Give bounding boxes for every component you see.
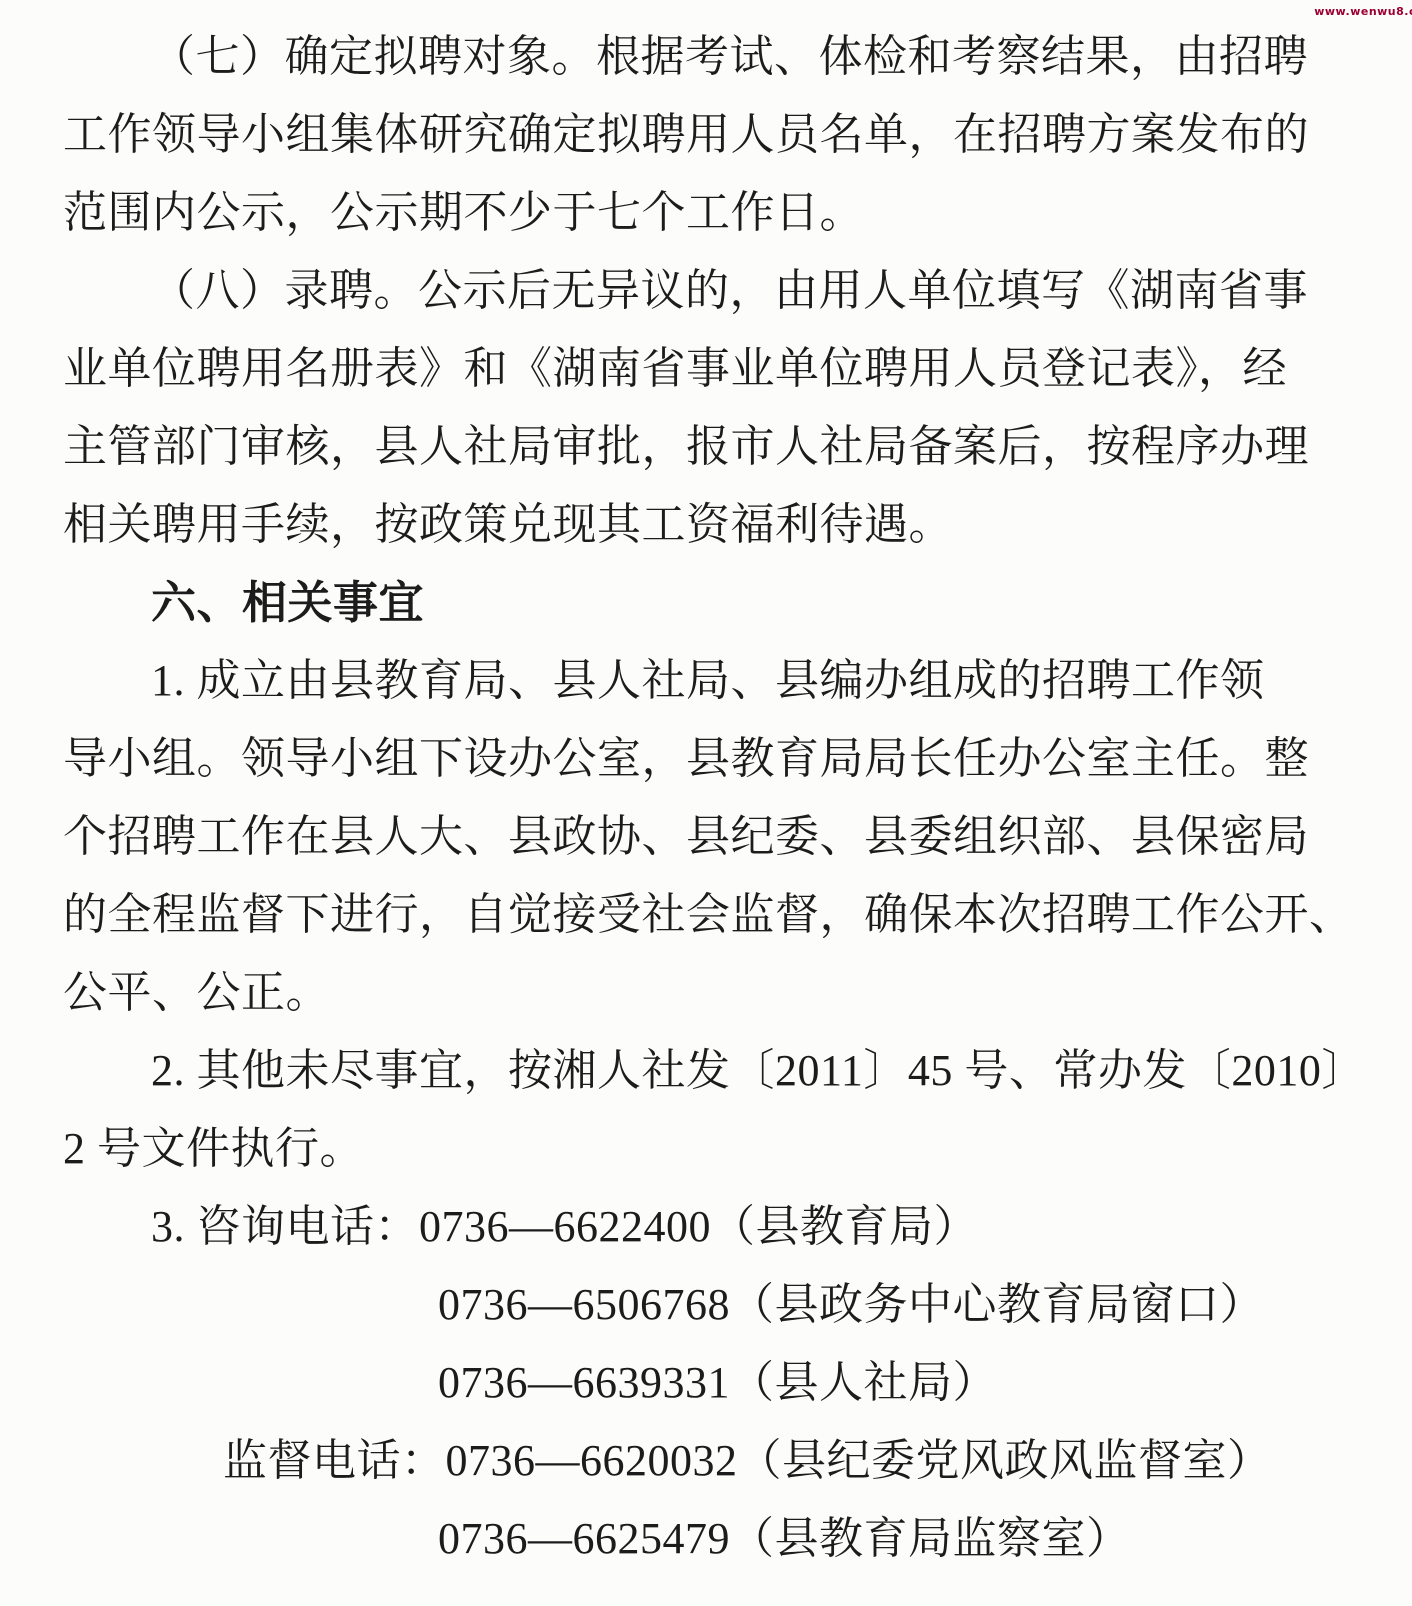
supervision-phone-line: 0736—6625479（县教育局监察室） [63, 1500, 1412, 1578]
paragraph-line: （八）录聘。公示后无异议的，由用人单位填写《湖南省事 [63, 252, 1412, 330]
section-heading: 六、相关事宜 [63, 564, 1412, 642]
paragraph-line: 公平、公正。 [63, 954, 1412, 1032]
paragraph-line: 1. 成立由县教育局、县人社局、县编办组成的招聘工作领 [63, 642, 1412, 720]
paragraph-line: 业单位聘用名册表》和《湖南省事业单位聘用人员登记表》，经 [63, 330, 1412, 408]
paragraph-line: 的全程监督下进行，自觉接受社会监督，确保本次招聘工作公开、 [63, 876, 1412, 954]
paragraph-line: 导小组。领导小组下设办公室，县教育局局长任办公室主任。整 [63, 720, 1412, 798]
contact-phone-line: 0736—6639331（县人社局） [63, 1344, 1412, 1422]
paragraph-line: 工作领导小组集体研究确定拟聘用人员名单，在招聘方案发布的 [63, 96, 1412, 174]
paragraph-line: （七）确定拟聘对象。根据考试、体检和考察结果，由招聘 [63, 18, 1412, 96]
paragraph-line: 相关聘用手续，按政策兑现其工资福利待遇。 [63, 486, 1412, 564]
document-page: www.wenwu8.c （七）确定拟聘对象。根据考试、体检和考察结果，由招聘 … [0, 0, 1412, 1606]
watermark-url: www.wenwu8.c [1314, 5, 1412, 18]
paragraph-line: 2 号文件执行。 [63, 1110, 1412, 1188]
paragraph-line: 2. 其他未尽事宜，按湘人社发〔2011〕45 号、常办发〔2010〕 [63, 1032, 1412, 1110]
paragraph-line: 个招聘工作在县人大、县政协、县纪委、县委组织部、县保密局 [63, 798, 1412, 876]
paragraph-line: 范围内公示，公示期不少于七个工作日。 [63, 174, 1412, 252]
contact-phone-line: 0736—6506768（县政务中心教育局窗口） [63, 1266, 1412, 1344]
paragraph-line: 主管部门审核，县人社局审批，报市人社局备案后，按程序办理 [63, 408, 1412, 486]
supervision-phone-line: 监督电话：0736—6620032（县纪委党风政风监督室） [63, 1422, 1412, 1500]
contact-phone-line: 3. 咨询电话：0736—6622400（县教育局） [63, 1188, 1412, 1266]
